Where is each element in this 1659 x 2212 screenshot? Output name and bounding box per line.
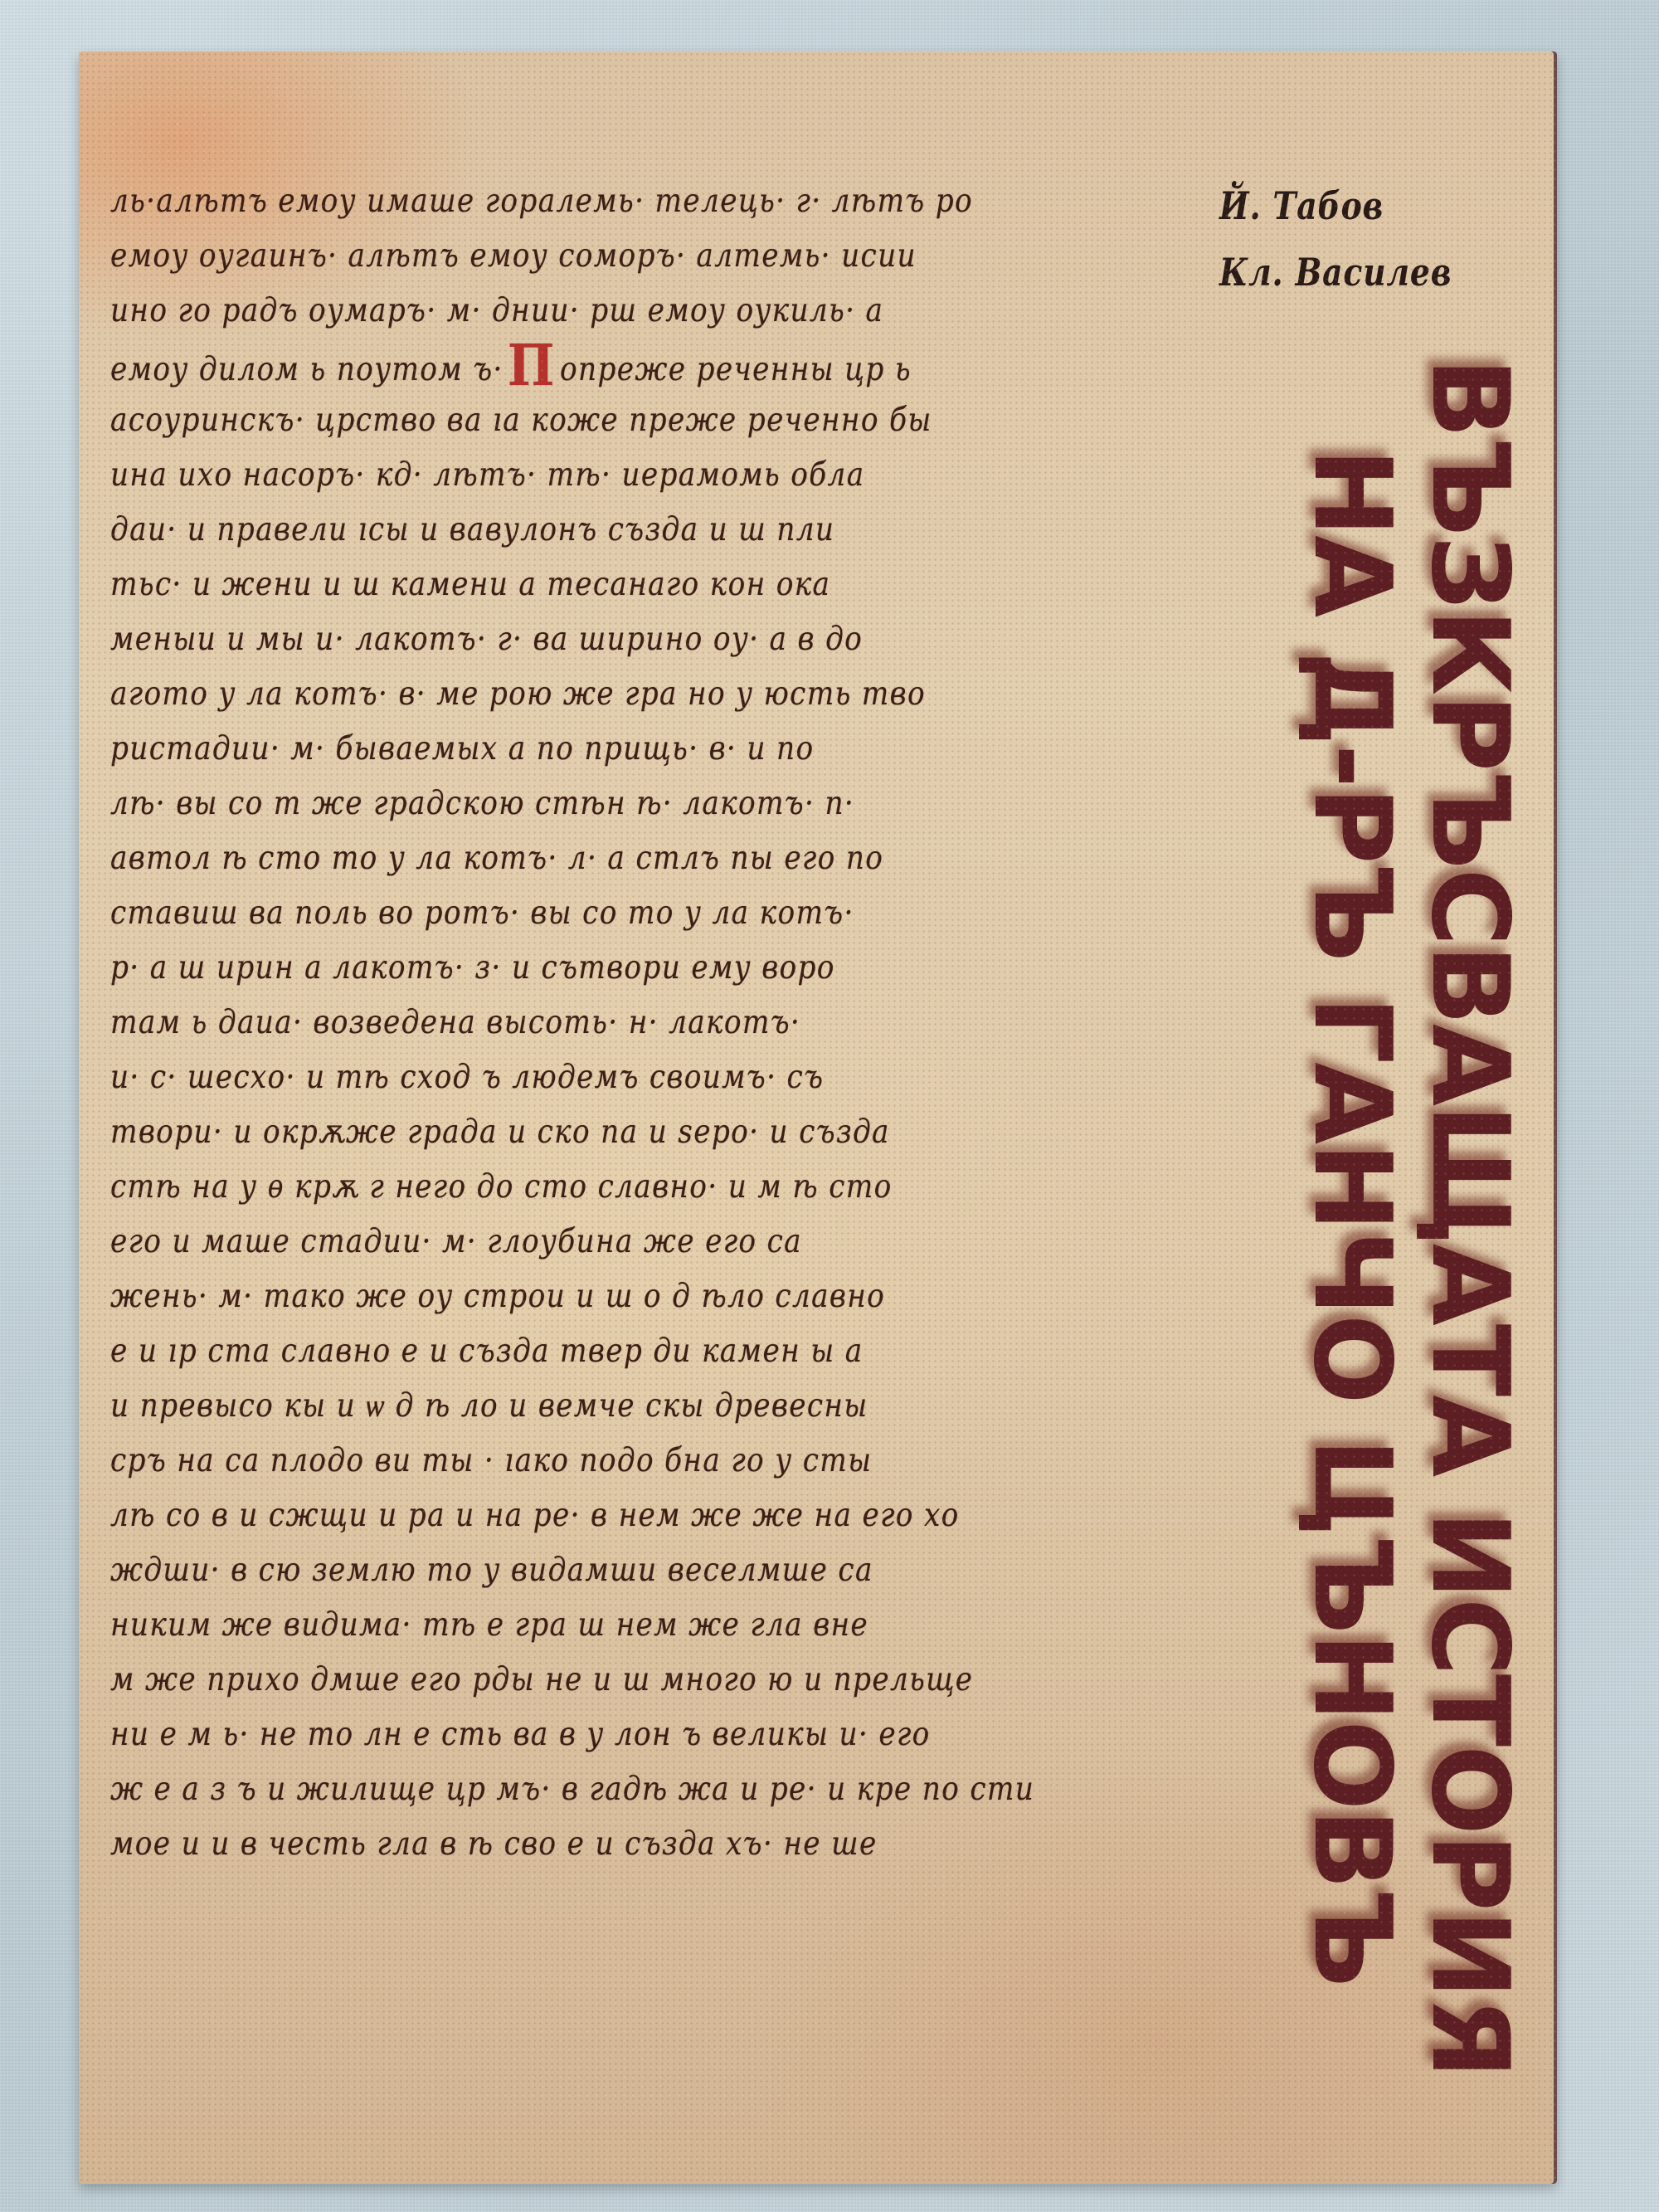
manuscript-line: и· с· шесхо· и тѣ сход ъ людемъ своимъ· … [110, 1050, 1117, 1105]
manuscript-line: ждши· в сю землю то у видамши веселмше с… [110, 1543, 1117, 1598]
manuscript-line: ставиш ва поль во ротъ· вы со то у ла ко… [110, 886, 1117, 941]
manuscript-line: ино го радъ оумаръ· м· днии· рш емоу оук… [110, 284, 1117, 339]
manuscript-line: стѣ на у ѳ крѫ г него до сто славно· и м… [110, 1160, 1117, 1215]
manuscript-line: меныи и мы и· лакотъ· г· ва ширино оу· а… [110, 612, 1117, 667]
manuscript-line: м же прихо дмше его рды не и ш много ю и… [110, 1653, 1117, 1708]
manuscript-line-text: емоу дилом ь поутом ъ· [110, 351, 504, 388]
title-text: ВЪЗКРЪСВАЩАТА ИСТОРИЯ [1408, 358, 1531, 2077]
manuscript-line: емоу оугаинъ· алѣтъ емоу соморъ· алтемь·… [110, 229, 1117, 284]
manuscript-line-text: опреже реченны цр ь [560, 351, 912, 388]
manuscript-line: никим же видима· тѣ е гра ш нем же гла в… [110, 1598, 1117, 1653]
title-text: НА Д-РЪ ГАНЧО ЦЪНОВЪ [1290, 448, 1413, 1986]
manuscript-line: там ь даиа· возведена высоть· н· лакотъ· [110, 996, 1117, 1050]
manuscript-background: ль·алѣтъ емоу имаше горалемь· телець· г·… [110, 174, 1255, 1872]
manuscript-line: жень· м· тако же оу строи и ш о д ѣло сл… [110, 1269, 1117, 1324]
manuscript-line: агото у ла котъ· в· ме рою же гра но у ю… [110, 667, 1117, 722]
manuscript-line: ль·алѣтъ емоу имаше горалемь· телець· г·… [110, 174, 1117, 229]
manuscript-line: лѣ· вы со т же градскою стѣн ѣ· лакотъ· … [110, 777, 1117, 831]
manuscript-line: лѣ со в и сжщи и ра и на ре· в нем же же… [110, 1488, 1117, 1543]
manuscript-line: е и ıр ста славно е и създа твер ди каме… [110, 1324, 1117, 1379]
manuscript-line: даи· и правели ıсы и вавулонъ създа и ш … [110, 503, 1117, 558]
author-name: Й. Табов [1219, 173, 1452, 239]
book-cover: ль·алѣтъ емоу имаше горалемь· телець· г·… [79, 51, 1557, 2184]
manuscript-line: р· а ш ирин а лакотъ· з· и сътвори ему в… [110, 941, 1117, 996]
manuscript-line: тьс· и жени и ш камени а тесанаго кон ок… [110, 558, 1117, 612]
manuscript-line: его и маше стадии· м· глоубина же его са [110, 1215, 1117, 1269]
title-line-2: НА Д-РЪ ГАНЧО ЦЪНОВЪ [1290, 325, 1413, 2109]
author-name: Кл. Василев [1219, 239, 1452, 305]
title-line-1: ВЪЗКРЪСВАЩАТА ИСТОРИЯ [1408, 325, 1531, 2109]
manuscript-line: автол ѣ сто то у ла котъ· л· а стлъ пы е… [110, 831, 1117, 886]
manuscript-line: ни е м ь· не то лн е сть ва в у лон ъ ве… [110, 1708, 1117, 1762]
manuscript-line: ристадии· м· бываемых а по прищь· в· и п… [110, 722, 1117, 777]
manuscript-line: и превысо кы и ѡ д ѣ ло и вемче скы древ… [110, 1379, 1117, 1434]
red-initial-letter: П [508, 339, 556, 393]
manuscript-line: асоуринскъ· црство ва ıа коже преже рече… [110, 393, 1117, 448]
authors-block: Й. Табов Кл. Василев [1219, 173, 1503, 305]
manuscript-line: ина ихо насоръ· кд· лѣтъ· тѣ· иерамомь о… [110, 448, 1117, 503]
manuscript-line: твори· и окрѫже града и ско па и ѕеро· и… [110, 1105, 1117, 1160]
manuscript-line: сръ на са плодо ви ты · ıако подо бна го… [110, 1434, 1117, 1488]
manuscript-line: ж е а з ъ и жилище цр мъ· в гадѣ жа и ре… [110, 1762, 1117, 1817]
manuscript-line: мое и и в честь гла в ѣ сво е и създа хъ… [110, 1817, 1117, 1872]
manuscript-line-with-initial: емоу дилом ь поутом ъ·Попреже реченны цр… [110, 339, 1117, 393]
